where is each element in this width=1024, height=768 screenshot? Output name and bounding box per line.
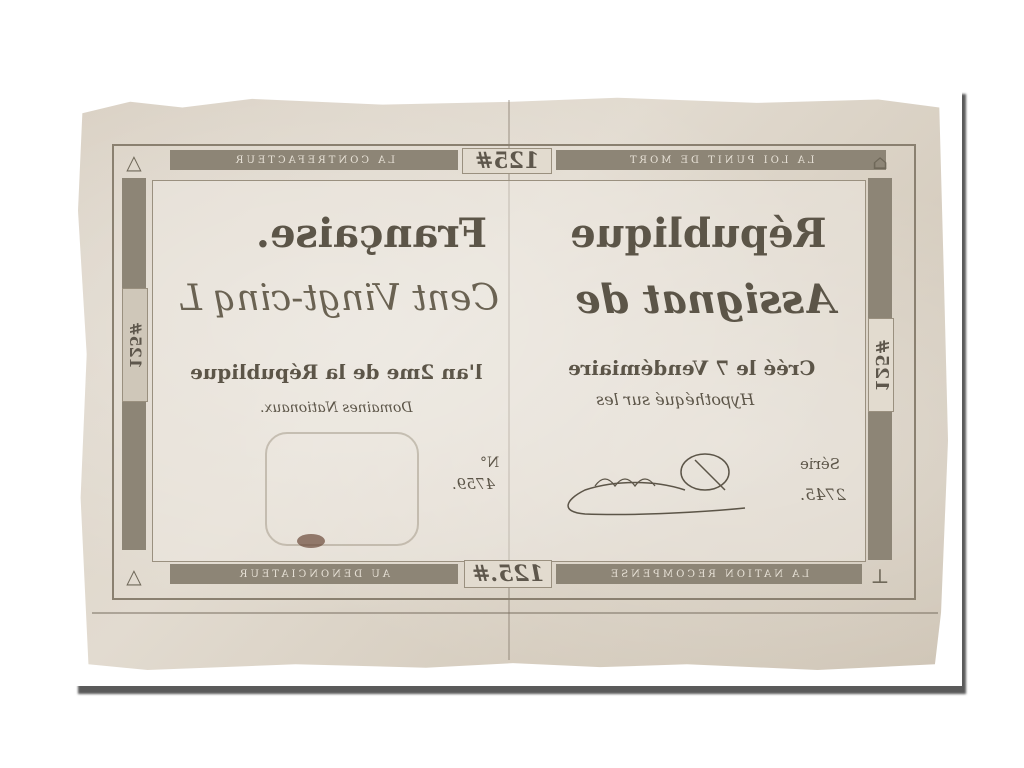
created-line: Créé le 7 Vendémiaire [568,356,815,380]
value-mark-bottom: 125.# [464,560,552,588]
side-band-left-top [122,178,146,288]
side-band-right-bottom [868,410,892,560]
date-line: l'an 2me de la République [190,360,482,384]
value-mark-right: 125# [868,318,894,412]
border-text-top-right: LA LOI PUNIT DE MORT [556,150,886,170]
domaines-line: Domaines Nationaux. [260,400,413,416]
triangle-level-icon: △ [122,564,146,588]
hypotheque-line: Hypothéqué sur les [596,390,754,409]
value-mark-left: 125# [122,288,148,402]
serial-number: 4759. [452,475,495,493]
serie-number: 2745. [800,485,846,504]
signature [555,450,755,530]
side-band-left-bottom [122,400,146,550]
amount-script: Cent Vingt-cinq L [178,278,499,319]
fasces-icon: ⊥ [868,564,892,588]
border-text-top-left: LA CONTREFACTEUR [170,150,458,170]
embossed-seal [265,432,419,546]
side-band-right-top [868,178,892,318]
bottom-crease [92,612,938,614]
heading-assignat: Assignat de [575,276,835,323]
heading-republique: République [570,210,827,257]
border-text-bottom-left: AU DENONCIATEUR [170,564,458,584]
serie-label: Série [800,455,840,473]
heading-francaise: Française. [256,210,487,257]
number-label: N° [480,455,499,471]
triangle-level-icon: △ [122,150,146,174]
ink-stain [297,534,325,548]
border-text-bottom-right: LA NATION RECOMPENSE [556,564,862,584]
liberty-cap-icon: ⌂ [868,150,892,174]
value-mark-top: 125# [462,148,552,174]
